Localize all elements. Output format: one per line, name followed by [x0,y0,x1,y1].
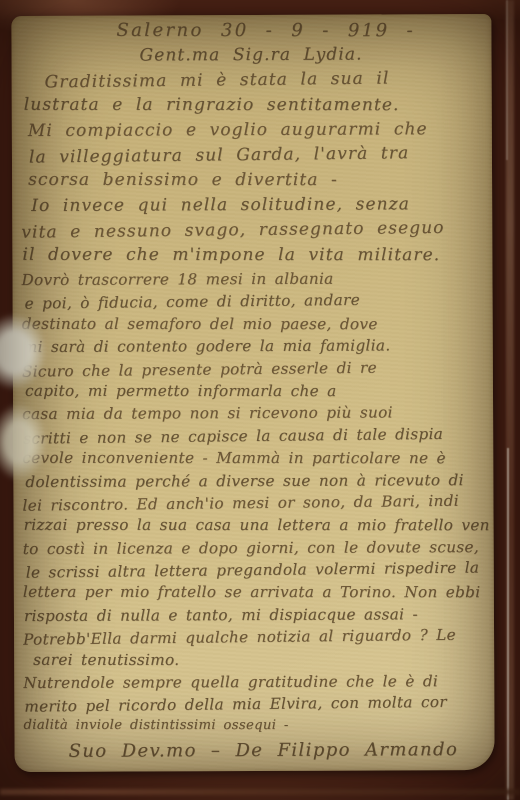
letter-line: merito pel ricordo della mia Elvira, con… [24,693,489,721]
letter-line: capito, mi permetto informarla che a [25,382,488,405]
signature: Suo Dev.mo – De Filippo Armando [27,739,490,767]
letter-line: mi sarà di contento godere la mia famigl… [23,336,488,360]
photo-backdrop: Salerno 30 - 9 - 919 - Gent.ma Sig.ra Ly… [0,0,520,800]
letter-line: la villeggiatura sul Garda, l'avrà tra [22,142,487,172]
light-streak-bottom [0,789,520,795]
letter-line: cevole inconveniente - Mammà in particol… [22,449,488,472]
scratch-line-bottom [507,448,509,800]
salutation: Gent.ma Sig.ra Lydia. [21,44,486,71]
letter-line: scritti e non se ne capisce la causa di … [23,424,488,452]
letter-line: lei riscontro. Ed anch'io mesi or sono, … [22,491,488,519]
scratch-line-top [506,0,508,160]
letter-line: rizzai presso la sua casa una lettera a … [24,516,489,539]
letter-line: scorsa benissimo e divertita - [21,170,487,195]
letter-line: Mi compiaccio e voglio augurarmi che [21,119,487,146]
letter-line: vita e nessuno svago, rassegnato eseguo [21,217,487,247]
letter-line: casa mia da tempo non si ricevono più su… [22,403,488,427]
postcard: Salerno 30 - 9 - 919 - Gent.ma Sig.ra Ly… [11,14,494,772]
letter-line: lettera per mio fratello se arrivata a T… [23,583,489,606]
letter-line: destinato al semaforo del mio paese, dov… [22,315,488,338]
letter-line: Potrebb'Ella darmi qualche notizia al ri… [23,626,489,654]
letter-line: Graditissima mi è stata la sua il [21,67,487,97]
letter-line: lustrata e la ringrazio sentitamente. [24,95,487,120]
letter-line: e poi, ò fiducia, come di diritto, andar… [24,290,487,318]
letter-line: sarei tenutissimo. [26,650,489,673]
letter-line: Io invece qui nella solitudine, senza [24,194,487,221]
letter-text: Salerno 30 - 9 - 919 - Gent.ma Sig.ra Ly… [20,19,489,768]
dateline: Salerno 30 - 9 - 919 - [20,20,486,45]
letter-line: Sicuro che la presente potrà esserle di … [22,357,488,385]
letter-line: il dovere che m'impone la vita militare. [22,245,487,270]
letter-line: dialità inviole distintissimi ossequi - [23,718,489,741]
